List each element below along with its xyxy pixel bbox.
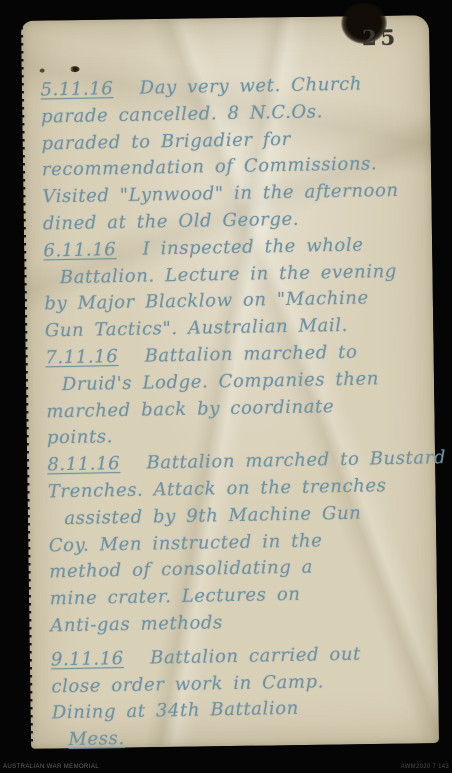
diary-line-text: I inspected the whole bbox=[142, 234, 363, 259]
diary-line-text: Druid's Lodge. Companies then bbox=[62, 368, 379, 395]
diary-line-text: paraded to Brigadier for bbox=[41, 128, 291, 154]
diary-line-text: parade cancelled. 8 N.C.Os. bbox=[41, 101, 323, 127]
diary-line-text: Battalion marched to bbox=[144, 342, 357, 367]
diary-entry-date: 5.11.16 bbox=[40, 78, 129, 101]
diary-line-text: points. bbox=[47, 427, 113, 449]
diary-line-text: method of consolidating a bbox=[49, 557, 313, 583]
diary-line-text: Coy. Men instructed in the bbox=[49, 530, 323, 556]
diary-text: 5.11.16 Day very wet. Church parade canc… bbox=[40, 71, 428, 755]
paper-speck bbox=[70, 66, 80, 72]
scan-background: 25 5.11.16 Day very wet. Church parade c… bbox=[0, 0, 452, 773]
diary-line-text: Anti-gas methods bbox=[50, 612, 223, 636]
diary-line-text: recommendation of Commissions. bbox=[42, 154, 378, 181]
diary-line-text: Mess. bbox=[68, 728, 125, 750]
diary-line-text: Visited "Lynwood" in the afternoon bbox=[42, 180, 399, 208]
diary-line-text: Trenches. Attack on the trenches bbox=[48, 475, 387, 502]
page-number-stamp: 25 bbox=[362, 25, 400, 51]
diary-entry-date: 8.11.16 bbox=[47, 453, 136, 476]
diary-line-text: assisted by 9th Machine Gun bbox=[64, 502, 361, 528]
diary-line-text: Day very wet. Church bbox=[140, 74, 363, 99]
diary-entry-date: 6.11.16 bbox=[43, 239, 132, 262]
diary-entry-date: 7.11.16 bbox=[45, 346, 134, 369]
diary-line-text: Battalion marched to Bustard bbox=[146, 447, 446, 473]
diary-line-text: Battalion carried out bbox=[150, 643, 361, 668]
diary-entry-date: 9.11.16 bbox=[51, 647, 140, 670]
diary-line-text: dined at the Old George. bbox=[43, 209, 300, 235]
diary-line: Mess. bbox=[52, 721, 428, 755]
diary-line-text: Dining at 34th Battalion bbox=[52, 698, 299, 724]
diary-line-text: by Major Blacklow on "Machine bbox=[44, 288, 369, 315]
diary-line: Anti-gas methods bbox=[50, 606, 426, 640]
archive-reference: AWM2020 7 143 bbox=[401, 764, 449, 770]
diary-line-text: Gun Tactics". Australian Mail. bbox=[45, 315, 348, 342]
diary-line-text: marched back by coordinate bbox=[46, 396, 334, 422]
torn-edge bbox=[19, 27, 33, 745]
diary-page: 25 5.11.16 Day very wet. Church parade c… bbox=[21, 15, 439, 749]
diary-line-text: Battalion. Lecture in the evening bbox=[60, 261, 397, 288]
archive-name: AUSTRALIAN WAR MEMORIAL bbox=[3, 764, 99, 770]
paper-speck bbox=[40, 69, 45, 73]
archive-footer: AUSTRALIAN WAR MEMORIAL AWM2020 7 143 bbox=[0, 762, 452, 772]
diary-line-text: close order work in Camp. bbox=[51, 671, 324, 697]
diary-line-text: mine crater. Lectures on bbox=[50, 584, 301, 610]
